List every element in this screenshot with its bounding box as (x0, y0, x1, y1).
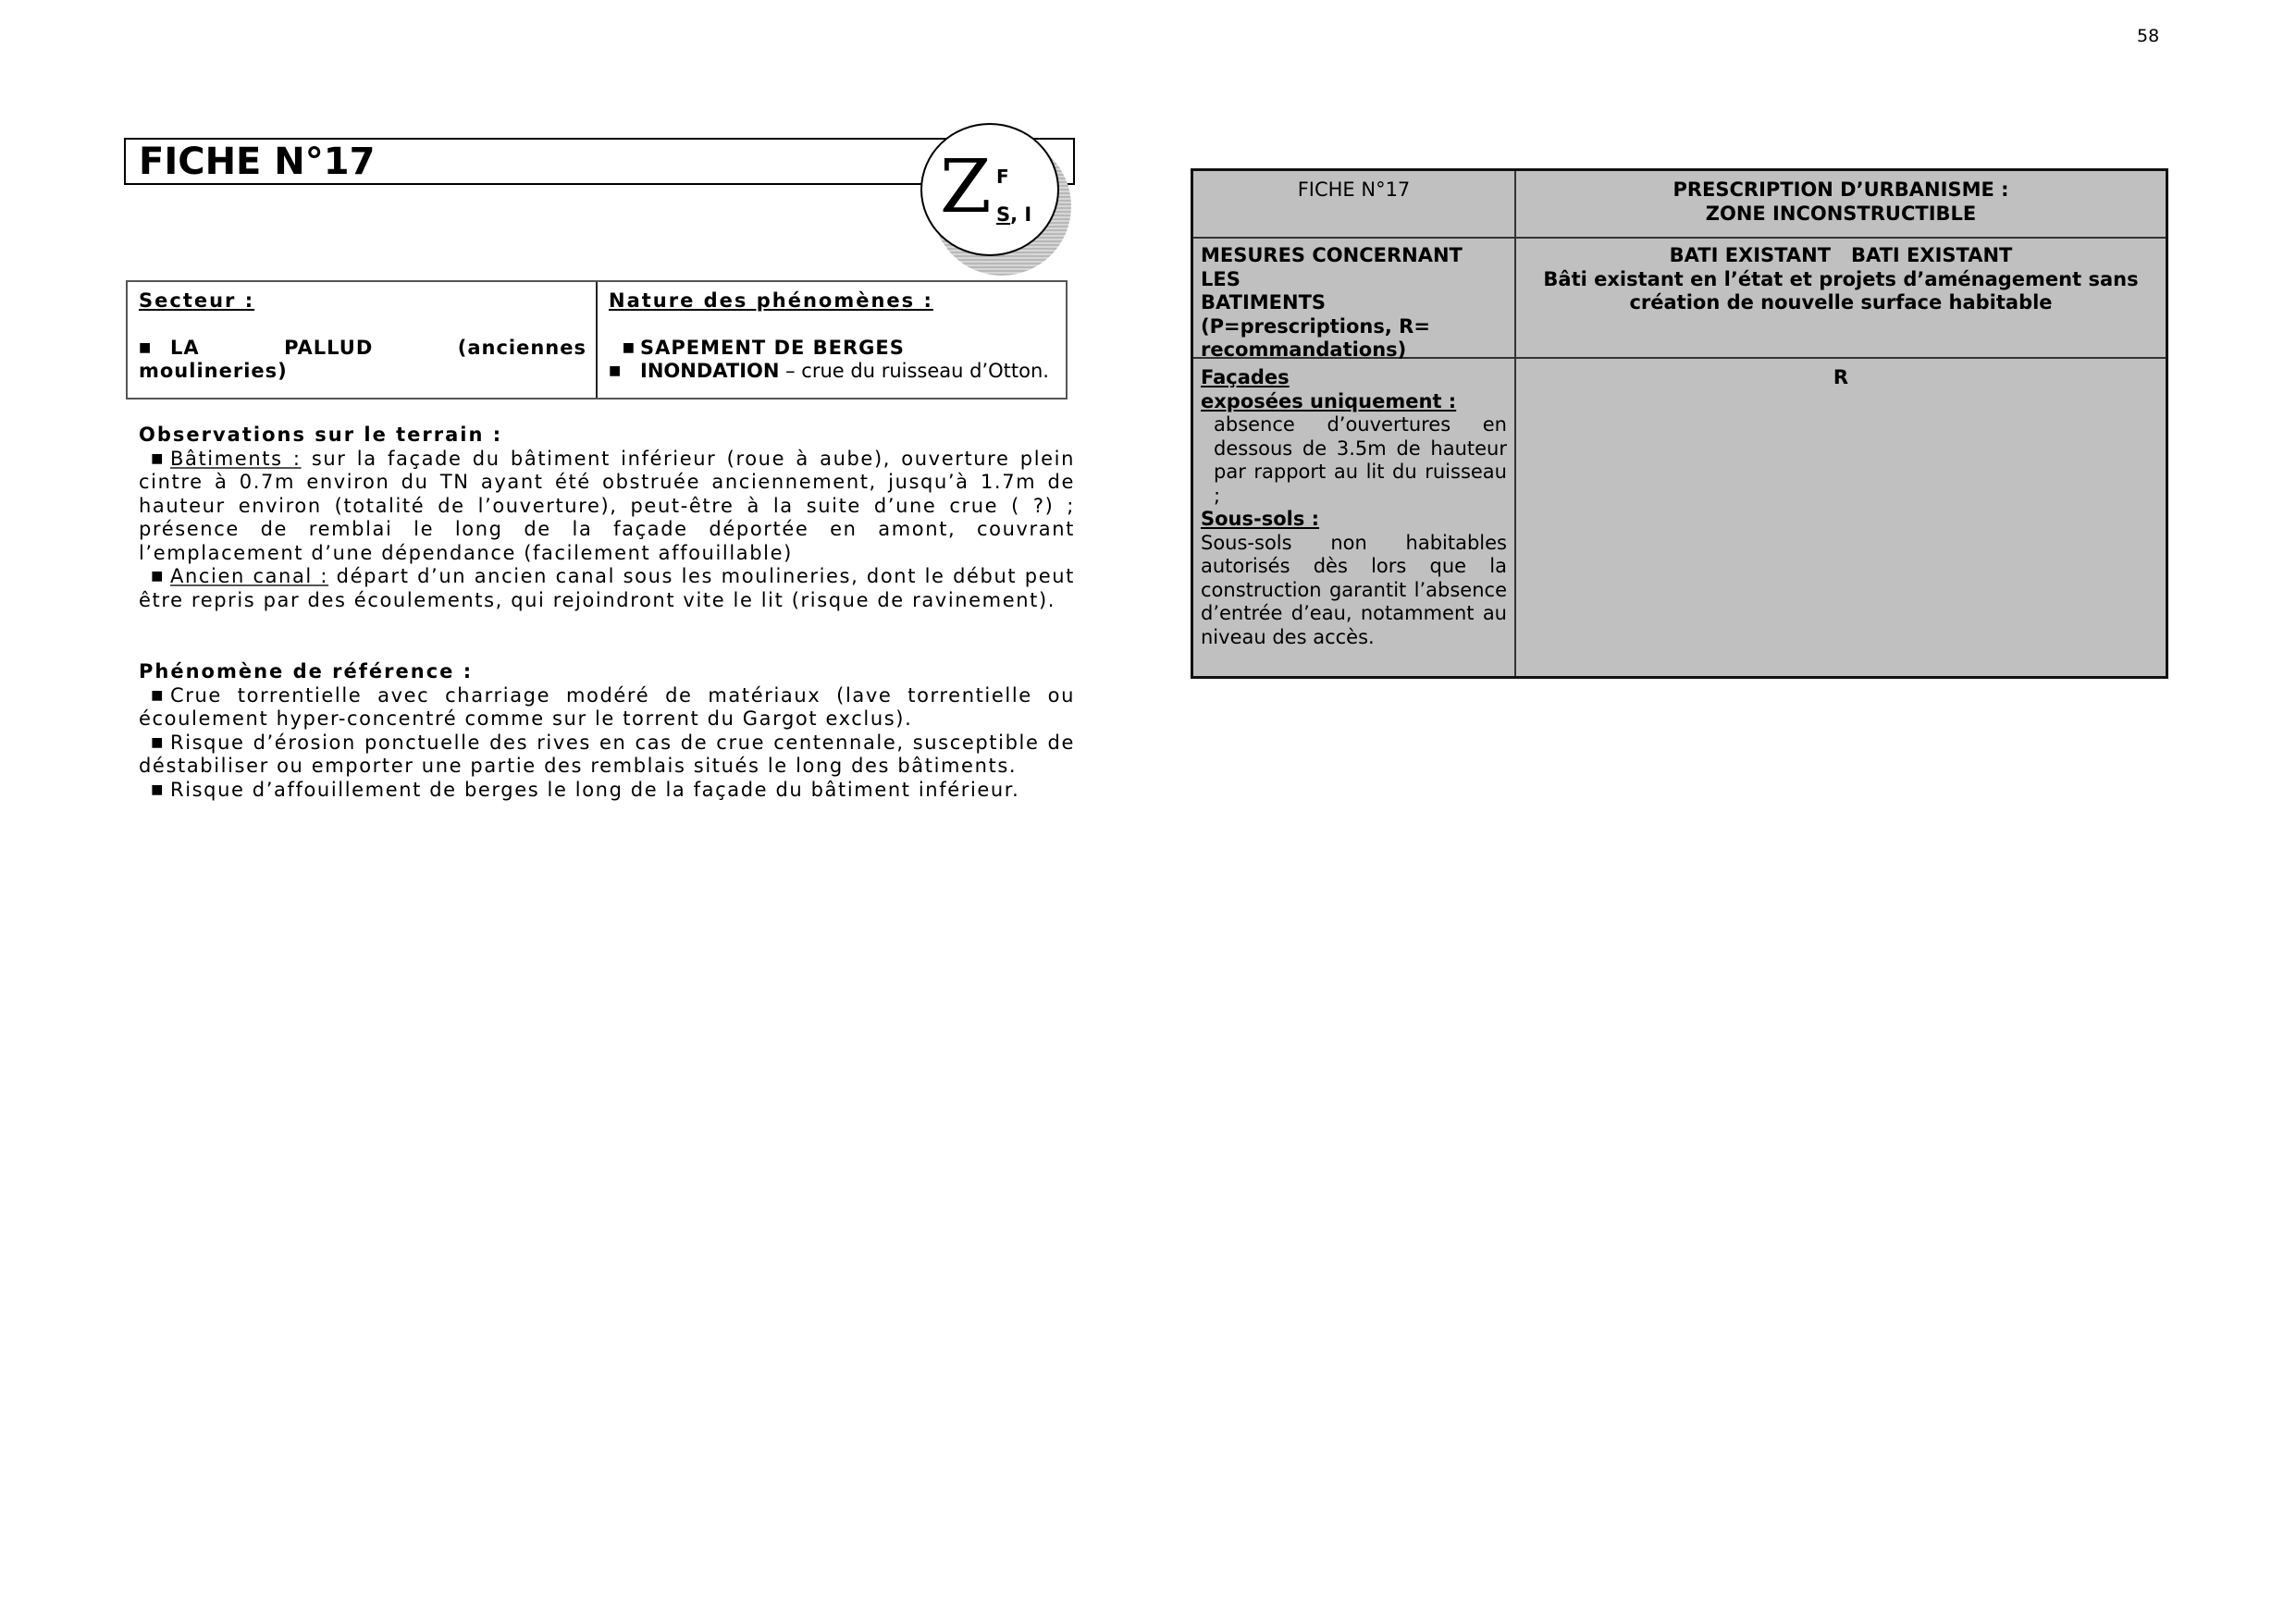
bullet-icon: ■ (139, 684, 170, 708)
nature-item: ■INONDATION – crue du ruisseau d’Otton. (609, 360, 1056, 384)
nature-cell: Nature des phénomènes : ■SAPEMENT DE BER… (598, 282, 1066, 398)
nature-item-rest: – crue du ruisseau d’Otton. (779, 360, 1049, 382)
reference-item-text: Risque d’érosion ponctuelle des rives en… (139, 732, 1075, 778)
zone-badge: Z F S, I (920, 123, 1059, 256)
bati-existant-cell: BATI EXISTANT BATI EXISTANT Bâti existan… (1516, 237, 2166, 357)
bullet-icon: ■ (139, 779, 170, 803)
page-number: 58 (2137, 26, 2159, 46)
observation-label: Ancien canal : (170, 565, 328, 587)
reference-section: Phénomène de référence : ■Crue torrentie… (139, 660, 1075, 802)
info-table: Secteur : ■LA PALLUD (anciennes mouliner… (126, 280, 1068, 400)
mesures-label-line: MESURES CONCERNANT LES (1201, 244, 1507, 291)
observations-heading: Observations sur le terrain : (139, 424, 1075, 448)
nature-heading: Nature des phénomènes : (609, 289, 1056, 314)
zone-badge-superscript: F (996, 166, 1009, 188)
mesures-label-line: BATIMENTS (1201, 291, 1507, 315)
page-title: FICHE N°17 (139, 141, 375, 183)
secteur-cell: Secteur : ■LA PALLUD (anciennes mouliner… (128, 282, 598, 398)
nature-item-bold: SAPEMENT DE BERGES (640, 337, 905, 359)
prescription-title: PRESCRIPTION D’URBANISME : (1524, 178, 2158, 203)
facades-heading: exposées uniquement : (1201, 390, 1507, 414)
zone-badge-subscript-underlined: S (996, 203, 1010, 226)
prescription-table: FICHE N°17 PRESCRIPTION D’URBANISME : ZO… (1191, 168, 2168, 679)
mesures-label-cell: MESURES CONCERNANT LES BATIMENTS (P=pres… (1193, 237, 1516, 357)
secteur-item: ■LA PALLUD (anciennes moulineries) (139, 337, 586, 384)
bullet-icon: ■ (609, 360, 640, 384)
nature-item-bold: INONDATION (640, 360, 779, 382)
reference-item: ■Risque d’affouillement de berges le lon… (139, 779, 1075, 803)
observation-item: ■Ancien canal : départ d’un ancien canal… (139, 565, 1075, 612)
mesures-label-line: (P=prescriptions, R= (1201, 315, 1507, 339)
facades-recommendation: R (1516, 357, 2166, 676)
reference-item: ■Crue torrentielle avec charriage modéré… (139, 684, 1075, 732)
zone-badge-subscript-rest: , I (1010, 203, 1031, 226)
bullet-icon: ■ (139, 337, 170, 361)
prescription-title-cell: PRESCRIPTION D’URBANISME : ZONE INCONSTR… (1516, 171, 2166, 237)
facades-text: absence d’ouvertures en dessous de 3.5m … (1201, 413, 1507, 508)
bati-existant-desc: Bâti existant en l’état et projets d’amé… (1524, 268, 2158, 315)
prescription-row-facades: Façades exposées uniquement : absence d’… (1193, 357, 2166, 676)
observation-item: ■Bâtiments : sur la façade du bâtiment i… (139, 448, 1075, 566)
fiche-cell: FICHE N°17 (1193, 171, 1516, 237)
secteur-item-text: LA PALLUD (anciennes moulineries) (139, 337, 586, 383)
bullet-icon: ■ (139, 448, 170, 472)
prescription-row-header: FICHE N°17 PRESCRIPTION D’URBANISME : ZO… (1193, 171, 2166, 239)
reference-item-text: Crue torrentielle avec charriage modéré … (139, 684, 1075, 731)
reference-heading: Phénomène de référence : (139, 660, 1075, 684)
secteur-heading: Secteur : (139, 289, 586, 314)
bullet-icon: ■ (609, 337, 640, 361)
soussols-text: Sous-sols non habitables autorisés dès l… (1201, 532, 1507, 650)
bullet-icon: ■ (139, 565, 170, 589)
observation-label: Bâtiments : (170, 448, 302, 470)
zone-badge-letter: Z (940, 145, 992, 228)
nature-item: ■SAPEMENT DE BERGES (609, 337, 1056, 361)
soussols-heading: Sous-sols : (1201, 508, 1507, 532)
observations-section: Observations sur le terrain : ■Bâtiments… (139, 424, 1075, 612)
zone-badge-subscript: S, I (996, 203, 1031, 226)
bati-existant-title: BATI EXISTANT BATI EXISTANT (1524, 244, 2158, 268)
reference-item: ■Risque d’érosion ponctuelle des rives e… (139, 732, 1075, 779)
bullet-icon: ■ (139, 732, 170, 756)
prescription-row-mesures: MESURES CONCERNANT LES BATIMENTS (P=pres… (1193, 237, 2166, 359)
reference-item-text: Risque d’affouillement de berges le long… (170, 779, 1019, 801)
facades-heading: Façades (1201, 366, 1507, 390)
zone-type: ZONE INCONSTRUCTIBLE (1524, 203, 2158, 227)
facades-cell: Façades exposées uniquement : absence d’… (1193, 357, 1516, 676)
